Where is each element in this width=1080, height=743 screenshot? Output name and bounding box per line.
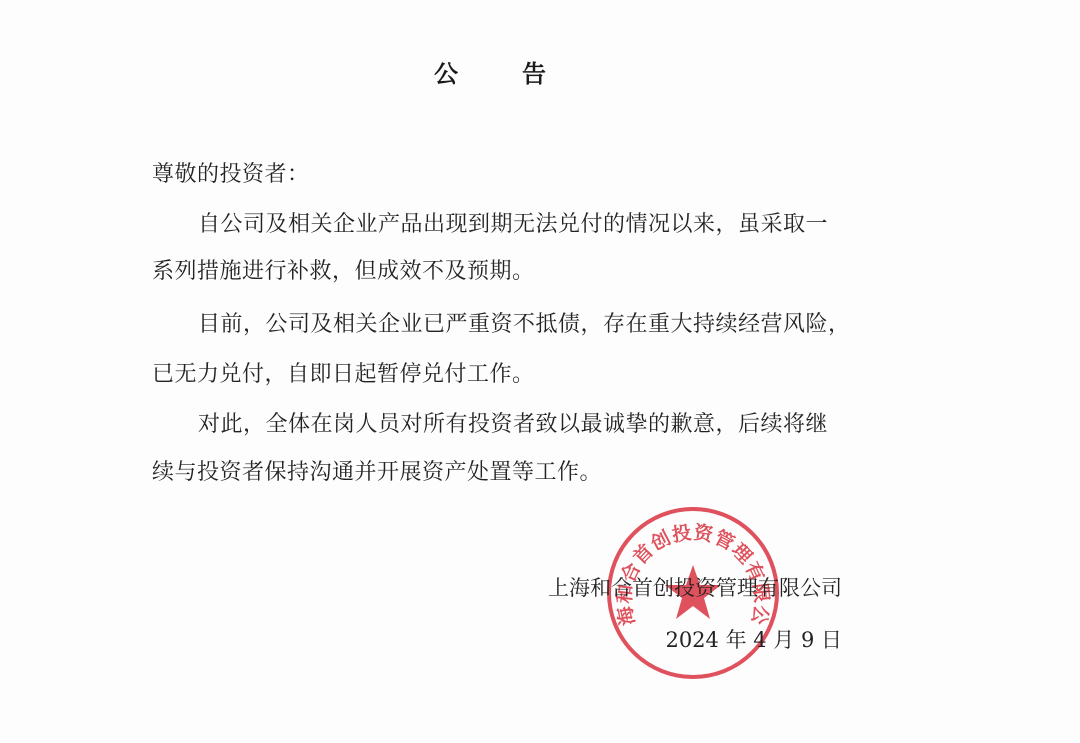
paragraph-1-line-2: 系列措施进行补救，但成效不及预期。 <box>152 254 535 285</box>
paragraph-2-line-1: 目前，公司及相关企业已严重资不抵债，存在重大持续经营风险， <box>198 307 851 338</box>
paragraph-1-line-1: 自公司及相关企业产品出现到期无法兑付的情况以来，虽采取一 <box>198 207 828 238</box>
paragraph-3-line-2: 续与投资者保持沟通并开展资产处置等工作。 <box>152 455 602 486</box>
signature-date: 2024 年 4 月 9 日 <box>665 624 842 654</box>
paragraph-3-line-1: 对此，全体在岗人员对所有投资者致以最诚挚的歉意，后续将继 <box>198 407 828 438</box>
svg-text:上海和合首创投资管理有限公司: 上海和合首创投资管理有限公司 <box>605 505 773 628</box>
signature-company-name: 上海和合首创投资管理有限公司 <box>548 572 842 602</box>
document-title: 公 告 <box>0 54 1000 89</box>
announcement-page: 公 告 尊敬的投资者： 自公司及相关企业产品出现到期无法兑付的情况以来，虽采取一… <box>0 0 1080 743</box>
paragraph-2-line-2: 已无力兑付，自即日起暂停兑付工作。 <box>152 357 535 388</box>
salutation: 尊敬的投资者： <box>152 157 310 188</box>
